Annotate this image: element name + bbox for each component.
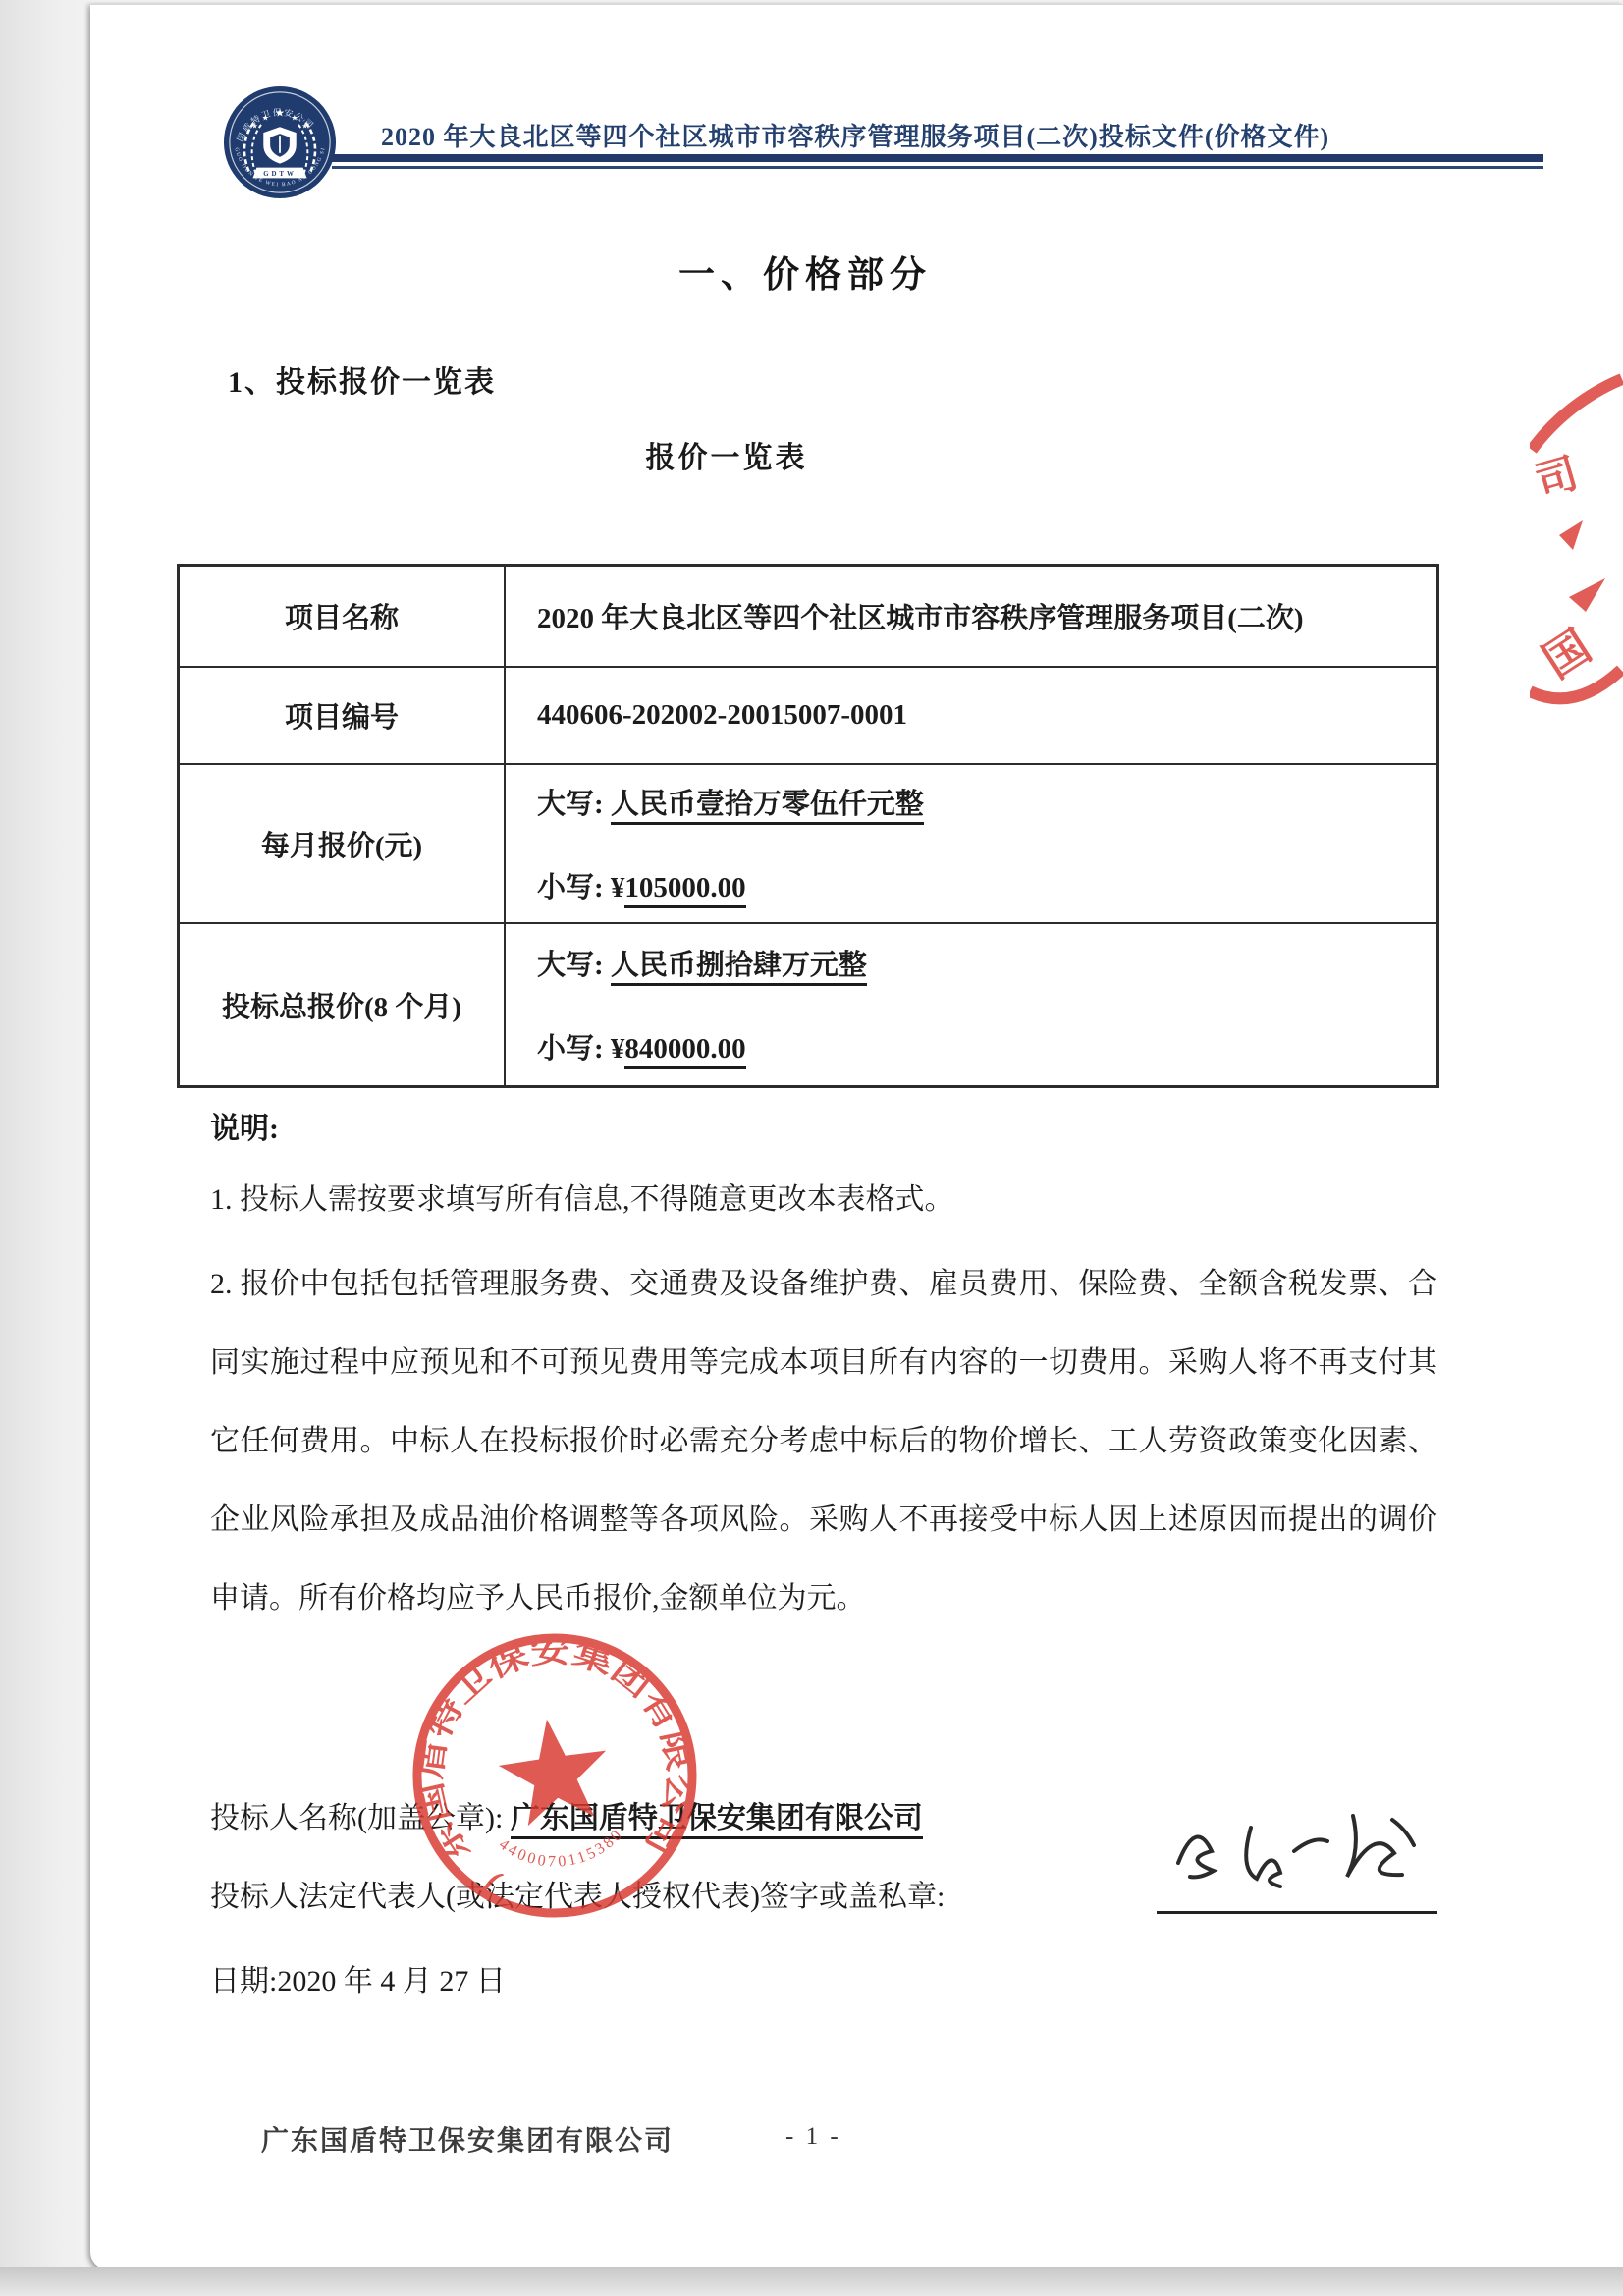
quote-table: 项目名称 2020 年大良北区等四个社区城市市容秩序管理服务项目(二次) 项目编… (177, 564, 1439, 1088)
currency-symbol: ¥ (611, 1033, 625, 1065)
row-label: 投标总报价(8 个月) (180, 924, 506, 1085)
section-heading: 1、投标报价一览表 (228, 357, 496, 401)
edge-seal-char-top: 司 (1531, 452, 1583, 507)
row-value: 大写: 人民币壹拾万零伍仟元整 小写: ¥105000.00 (506, 765, 1436, 922)
edge-seal-stamp-fragment: 司 国 (1530, 373, 1623, 715)
table-row: 项目编号 440606-202002-20015007-0001 (180, 668, 1436, 765)
scan-shadow-bottom (0, 2267, 1623, 2296)
seal-star-icon (493, 1712, 615, 1829)
row-label: 项目名称 (180, 567, 506, 666)
notes-heading: 说明: (210, 1104, 279, 1147)
row-value: 440606-202002-20015007-0001 (506, 668, 1436, 763)
logo-banner-text: GDTW (263, 171, 297, 178)
seal-serial-number: 4400070115380 (494, 1820, 630, 1880)
row-label: 每月报价(元) (180, 765, 506, 922)
row-value: 大写: 人民币捌拾肆万元整 小写: ¥840000.00 (506, 924, 1436, 1085)
header-rule-thin (332, 166, 1543, 169)
xiaoxie-label: 小写: (537, 1033, 604, 1065)
table-row: 投标总报价(8 个月) 大写: 人民币捌拾肆万元整 小写: ¥840000.00 (180, 924, 1436, 1085)
project-name-value: 2020 年大良北区等四个社区城市市容秩序管理服务项目(二次) (537, 596, 1436, 636)
row-value: 2020 年大良北区等四个社区城市市容秩序管理服务项目(二次) (506, 567, 1436, 666)
handwritten-signature (1161, 1800, 1435, 1910)
amount-in-words-line: 大写: 人民币捌拾肆万元整 (537, 943, 1436, 983)
header-rule-thick (332, 154, 1543, 162)
logo-star-icon: ★ (275, 107, 285, 119)
footer-page-number: - 1 - (785, 2123, 841, 2151)
table-caption: 报价一览表 (579, 433, 874, 476)
logo-star-icon: ★ (291, 113, 298, 122)
row-label: 项目编号 (180, 668, 506, 763)
project-number-value: 440606-202002-20015007-0001 (537, 699, 1436, 732)
amount-in-words: 人民币壹拾万零伍仟元整 (611, 789, 924, 825)
amount-in-figures-line: 小写: ¥105000.00 (537, 865, 1436, 905)
document-page (90, 4, 1623, 2269)
currency-symbol: ¥ (611, 872, 625, 903)
amount-in-words: 人民币捌拾肆万元整 (611, 950, 867, 986)
table-row: 项目名称 2020 年大良北区等四个社区城市市容秩序管理服务项目(二次) (180, 567, 1436, 668)
note-item-1: 1. 投标人需按要求填写所有信息,不得随意更改本表格式。 (210, 1175, 1437, 1218)
amount-in-figures: 105000.00 (624, 872, 745, 908)
amount-in-figures: 840000.00 (624, 1033, 745, 1069)
note-item-2: 2. 报价中包括包括管理服务费、交通费及设备维护费、雇员费用、保险费、全额含税发… (210, 1245, 1437, 1638)
company-logo-badge-icon: 国盾特卫保安公司 ★ ★ ★ ★ ★ GDTW GUO DUN TE WEI B… (222, 84, 338, 200)
edge-seal-star-fragment (1559, 520, 1583, 550)
amount-in-figures-line: 小写: ¥840000.00 (537, 1026, 1436, 1066)
edge-seal-star-fragment (1569, 578, 1605, 612)
document-header-title: 2020 年大良北区等四个社区城市市容秩序管理服务项目(二次)投标文件(价格文件… (381, 117, 1329, 153)
scanned-document-canvas: 国盾特卫保安公司 ★ ★ ★ ★ ★ GDTW GUO DUN TE WEI B… (0, 0, 1623, 2296)
company-seal-stamp: 广东国盾特卫保安集团有限公司 4400070115380 (405, 1628, 705, 1929)
date-line: 日期:2020 年 4 月 27 日 (210, 1956, 506, 1999)
xiaoxie-label: 小写: (537, 872, 604, 903)
page-title: 一、价格部分 (511, 245, 1100, 298)
footer-company-name: 广东国盾特卫保安集团有限公司 (261, 2119, 674, 2159)
logo-star-icon: ★ (262, 113, 269, 122)
table-row: 每月报价(元) 大写: 人民币壹拾万零伍仟元整 小写: ¥105000.00 (180, 765, 1436, 924)
signature-underline (1157, 1911, 1437, 1914)
edge-seal-char-bottom: 国 (1535, 621, 1599, 687)
daxie-label: 大写: (537, 789, 604, 820)
amount-in-words-line: 大写: 人民币壹拾万零伍仟元整 (537, 782, 1436, 822)
daxie-label: 大写: (537, 950, 604, 981)
